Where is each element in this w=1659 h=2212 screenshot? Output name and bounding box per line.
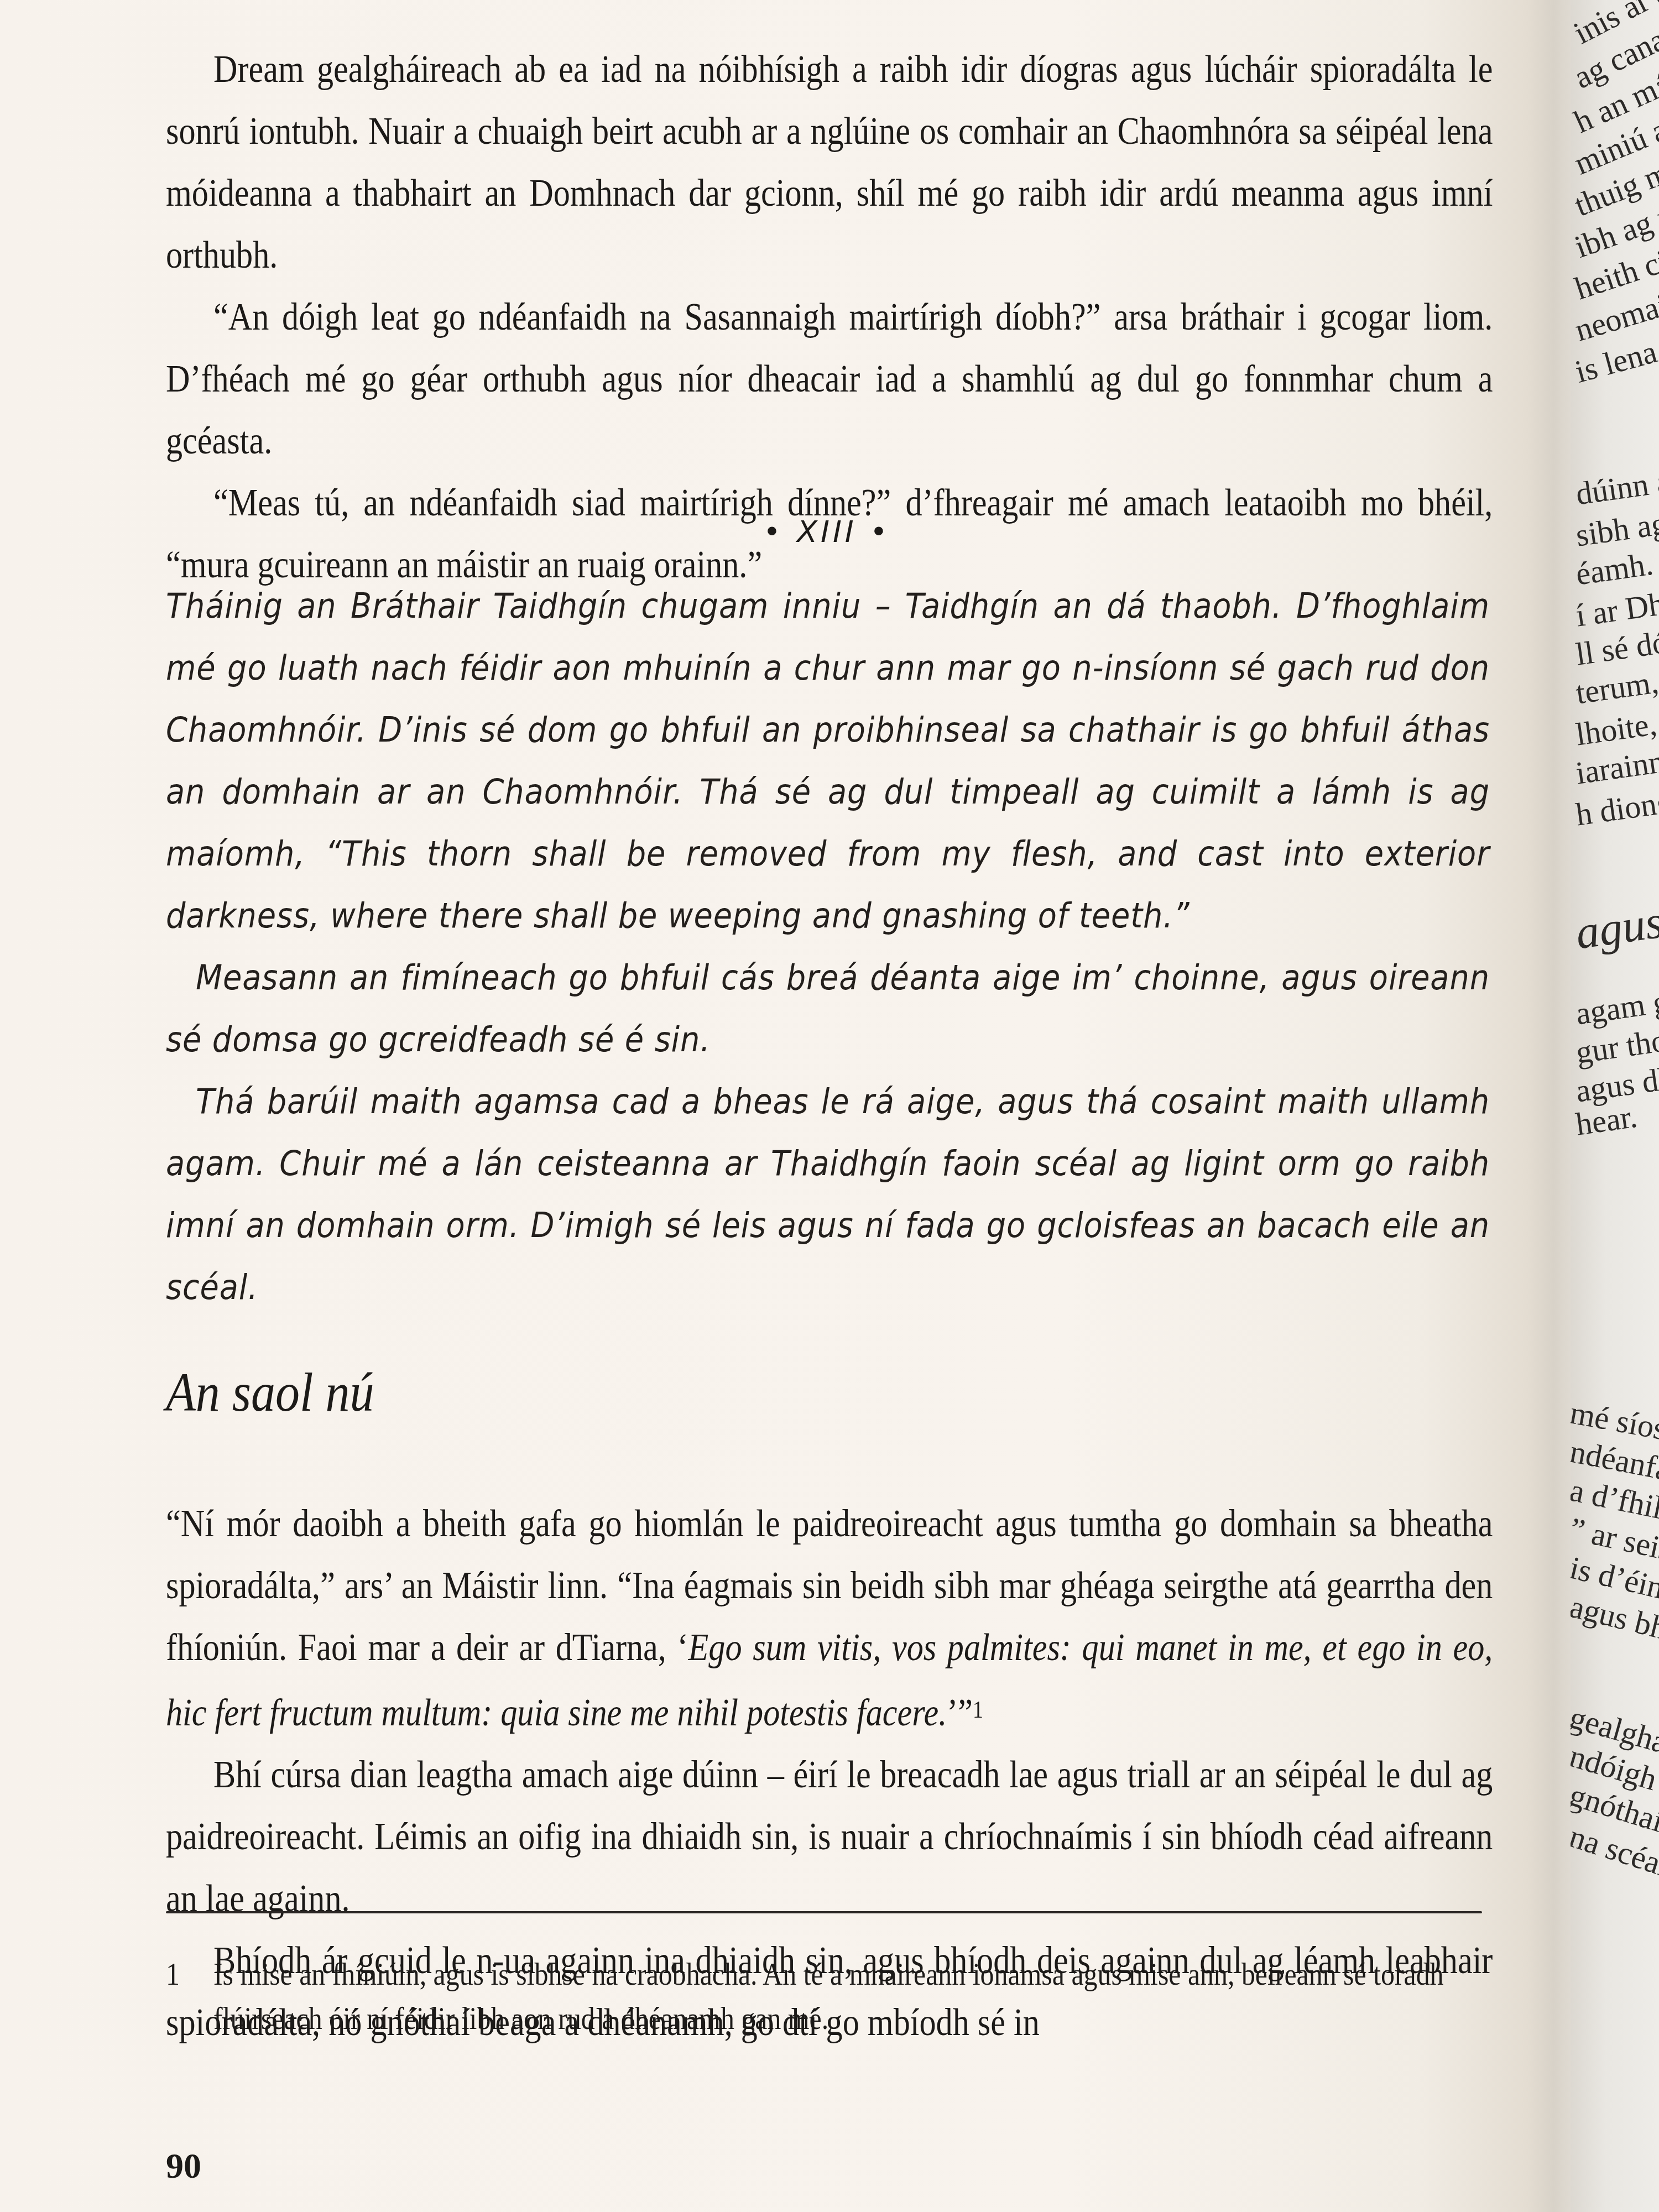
opening-section: Dream gealgháireach ab ea iad na nóibhís… (166, 39, 1493, 596)
section-heading: An saol nú (166, 1360, 374, 1424)
footnote-number: 1 (166, 1952, 180, 1996)
diary-paragraph-hypocrite: Measann an fimíneach go bhfuil cás breá … (166, 947, 1490, 1071)
book-page-left: Dream gealgháireach ab ea iad na nóibhís… (0, 0, 1526, 2212)
footnote-reference[interactable]: 1 (973, 1696, 983, 1723)
diary-paragraph-taidhgin: Tháinig an Bráthair Taidhgín chugam inni… (166, 575, 1490, 947)
paragraph-novices: Dream gealgháireach ab ea iad na nóibhís… (166, 39, 1493, 286)
paragraph-martyrs-question: “An dóigh leat go ndéanfaidh na Sasannai… (166, 286, 1493, 472)
footnote-text: Is mise an fhíniúin, agus is sibhse na c… (213, 1952, 1479, 2041)
diary-paragraph-defence: Thá barúil maith agamsa cad a bheas le r… (166, 1071, 1490, 1318)
footnote: 1 Is mise an fhíniúin, agus is sibhse na… (166, 1952, 1298, 2041)
facing-page-text-fragment: dúinn a bh (1573, 457, 1659, 512)
facing-page-text-fragment: hear. (1573, 1098, 1639, 1143)
quote-close: ’” (947, 1692, 973, 1734)
facing-page-heading-fragment: agus triobl (1572, 879, 1659, 960)
page-number: 90 (166, 2146, 201, 2187)
handwritten-diary-section: Tháinig an Bráthair Taidhgín chugam inni… (166, 575, 1493, 1318)
paragraph-schedule: Bhí cúrsa dian leagtha amach aige dúinn … (166, 1744, 1493, 1930)
paragraph-master-quote: “Ní mór daoibh a bheith gafa go hiomlán … (166, 1493, 1493, 1744)
footnote-divider (166, 1911, 1482, 1913)
section-mark-xiii: • XIII • (763, 514, 891, 549)
book-page-right-partial: inis ar agag canadhh an máisminiú an nth… (1571, 0, 1659, 2212)
facing-page-text-fragment: agam go ndéanfa (1573, 965, 1659, 1032)
